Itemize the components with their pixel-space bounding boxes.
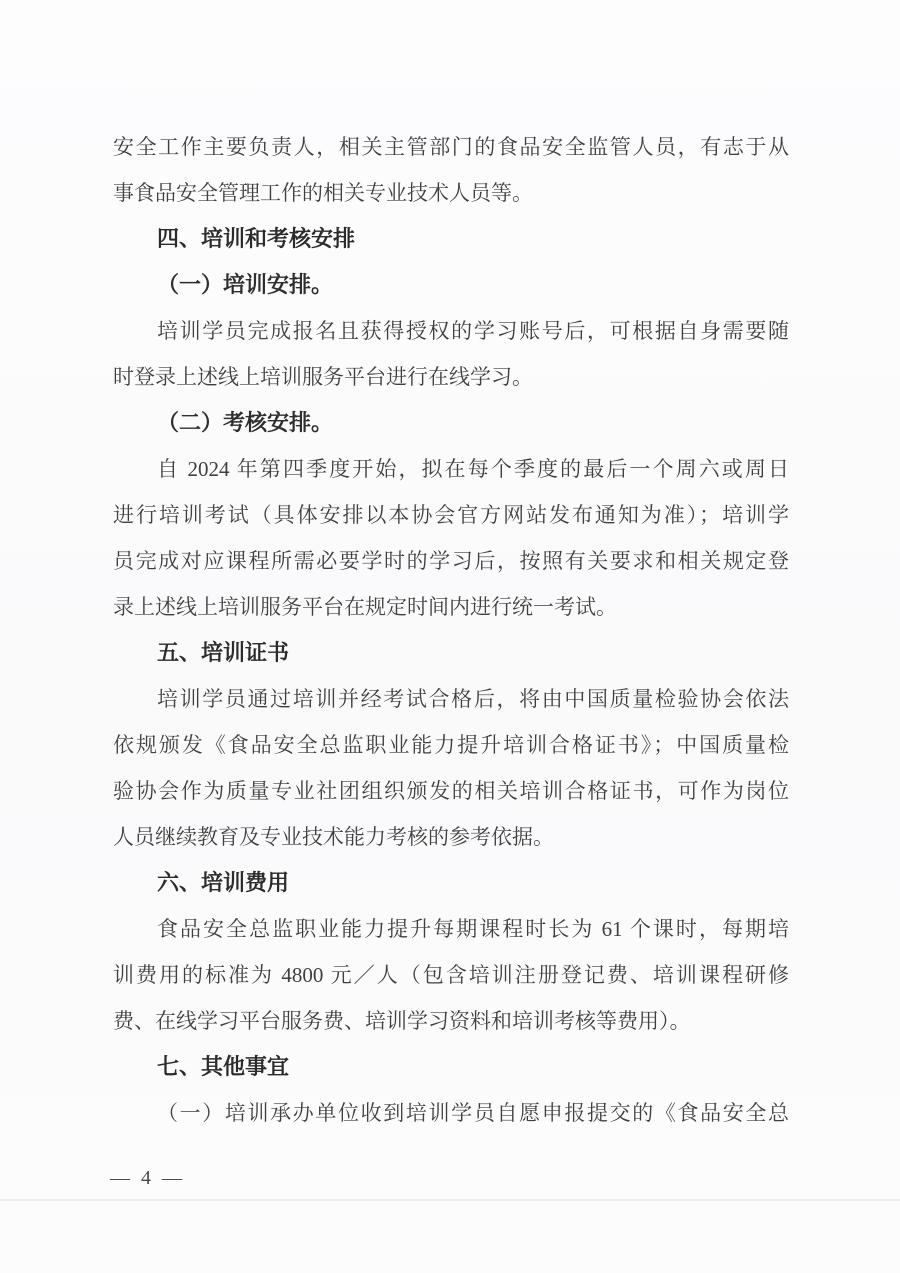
page-number: — 4 — bbox=[110, 1164, 185, 1192]
scan-artifact-band bbox=[0, 1199, 900, 1201]
sub-heading: （一）培训安排。 bbox=[113, 262, 789, 308]
text-line: 自 2024 年第四季度开始，拟在每个季度的最后一个周六或周日 bbox=[113, 446, 789, 492]
sub-heading: （二）考核安排。 bbox=[113, 400, 789, 446]
document-text: 安全工作主要负责人，相关主管部门的食品安全监管人员，有志于从事食品安全管理工作的… bbox=[113, 124, 789, 1136]
text-line: 食品安全总监职业能力提升每期课程时长为 61 个课时，每期培 bbox=[113, 906, 789, 952]
text-line: 人员继续教育及专业技术能力考核的参考依据。 bbox=[113, 814, 789, 860]
document-page: 安全工作主要负责人，相关主管部门的食品安全监管人员，有志于从事食品安全管理工作的… bbox=[0, 0, 900, 1273]
section-heading: 五、培训证书 bbox=[113, 630, 789, 676]
section-heading: 七、其他事宜 bbox=[113, 1044, 789, 1090]
text-line: （一）培训承办单位收到培训学员自愿申报提交的《食品安全总 bbox=[113, 1090, 789, 1136]
text-line: 训费用的标准为 4800 元／人（包含培训注册登记费、培训课程研修 bbox=[113, 952, 789, 998]
text-line: 事食品安全管理工作的相关专业技术人员等。 bbox=[113, 170, 789, 216]
text-line: 费、在线学习平台服务费、培训学习资料和培训考核等费用）。 bbox=[113, 998, 789, 1044]
text-line: 安全工作主要负责人，相关主管部门的食品安全监管人员，有志于从 bbox=[113, 124, 789, 170]
text-line: 录上述线上培训服务平台在规定时间内进行统一考试。 bbox=[113, 584, 789, 630]
text-line: 员完成对应课程所需必要学时的学习后，按照有关要求和相关规定登 bbox=[113, 538, 789, 584]
text-line: 培训学员完成报名且获得授权的学习账号后，可根据自身需要随 bbox=[113, 308, 789, 354]
section-heading: 四、培训和考核安排 bbox=[113, 216, 789, 262]
text-line: 验协会作为质量专业社团组织颁发的相关培训合格证书，可作为岗位 bbox=[113, 768, 789, 814]
text-line: 依规颁发《食品安全总监职业能力提升培训合格证书》；中国质量检 bbox=[113, 722, 789, 768]
text-line: 时登录上述线上培训服务平台进行在线学习。 bbox=[113, 354, 789, 400]
section-heading: 六、培训费用 bbox=[113, 860, 789, 906]
text-line: 培训学员通过培训并经考试合格后，将由中国质量检验协会依法 bbox=[113, 676, 789, 722]
text-line: 进行培训考试（具体安排以本协会官方网站发布通知为准）；培训学 bbox=[113, 492, 789, 538]
